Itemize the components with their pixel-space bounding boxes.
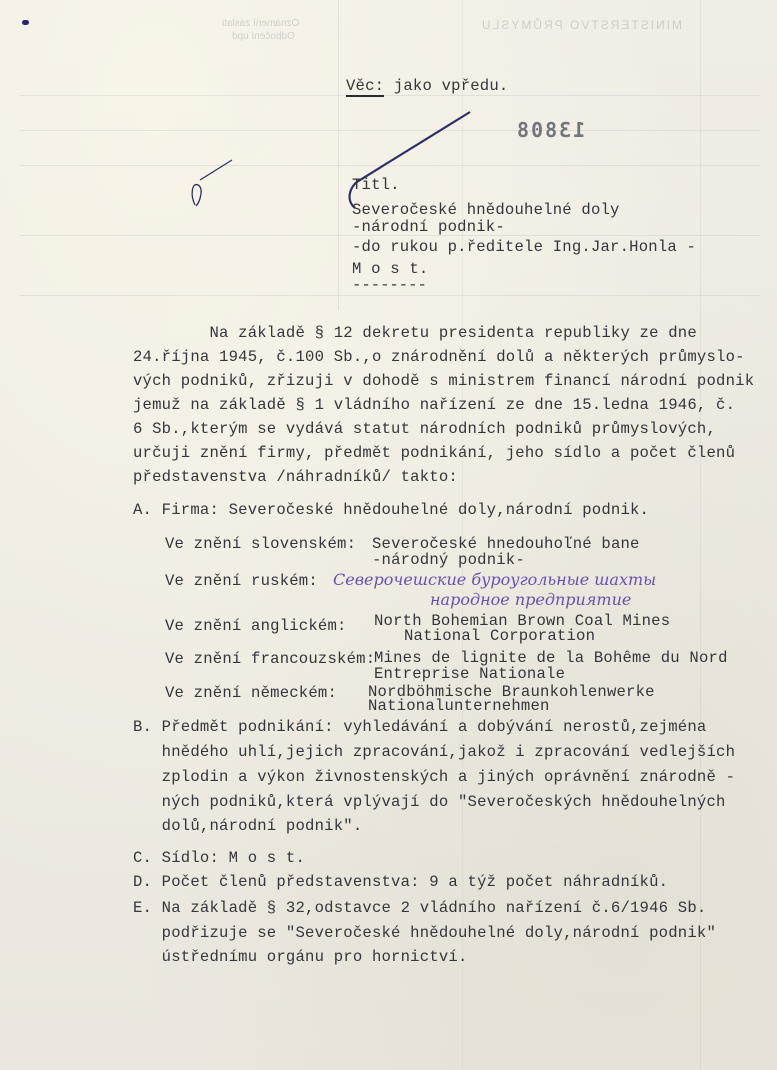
section-d-board-members: D. Počet členů představenstva: 9 a týž p… <box>133 875 668 891</box>
section-e-line: podřizuje se "Severočeské hnědouhelné do… <box>133 926 716 942</box>
bleed-rule <box>20 295 760 296</box>
salutation: Titl. <box>352 178 400 194</box>
section-c-seat: C. Sídlo: M o s t. <box>133 851 305 867</box>
section-e-line: ústřednímu orgánu pro hornictví. <box>133 950 468 966</box>
translation-label-russian: Ve znění ruském: <box>165 574 318 590</box>
intro-line: určuji znění firmy, předmět podnikání, j… <box>133 446 735 462</box>
intro-line: vých podniků, zřizuji v dohodě s ministr… <box>133 374 754 390</box>
section-a-firm: A. Firma: Severočeské hnědouhelné doly,n… <box>133 503 649 519</box>
registry-stamp: 13808 <box>515 118 585 142</box>
section-b-line: ných podniků,která vplývají do "Severoče… <box>133 795 726 811</box>
translation-russian-line-1: Северочешские буроугольные шахты <box>333 570 656 589</box>
addressee-line-2: -národní podnik- <box>352 220 505 236</box>
translation-label-german: Ve znění německém: <box>165 686 337 702</box>
intro-line: 6 Sb.,kterým se vydává statut národních … <box>133 422 716 438</box>
translation-russian-line-2: народное предприятие <box>430 590 631 609</box>
subject-line: Věc: jako vpředu. <box>346 79 509 95</box>
translation-french-line-2: Entreprise Nationale <box>374 667 565 683</box>
intro-line: Na základě § 12 dekretu presidenta repub… <box>133 326 697 342</box>
ink-spot <box>22 20 29 25</box>
intro-line: 24.října 1945, č.100 Sb.,o znárodnění do… <box>133 350 745 366</box>
section-b-line: B. Předmět podnikání: vyhledávání a dobý… <box>133 720 706 736</box>
subject-label: Věc: <box>346 77 384 97</box>
bleed-through-header: MINISTERSTVO PRŮMYSLU <box>480 18 682 32</box>
bleed-through-text: Odbočení upd <box>232 31 295 42</box>
translation-label-slovak: Ve znění slovenském: <box>165 537 356 553</box>
intro-line: jemuž na základě § 1 vládního nařízení z… <box>133 398 735 414</box>
addressee-city-rule: -------- <box>352 278 427 294</box>
bleed-rule <box>20 95 760 96</box>
translation-english-line-2: National Corporation <box>404 629 595 645</box>
intro-line: představenstva /náhradníků/ takto: <box>133 470 458 486</box>
translation-slovak-line-2: -národný podnik- <box>372 553 525 569</box>
translation-label-english: Ve znění anglickém: <box>165 619 347 635</box>
subject-value: jako vpředu. <box>384 77 508 95</box>
translation-label-french: Ve znění francouzském: <box>165 652 375 668</box>
bleed-through-text: Oznámení zaslati <box>222 18 299 29</box>
section-b-line: zplodin a výkon živnostenských a jiných … <box>133 770 735 786</box>
translation-german-line-2: Nationalunternehmen <box>368 699 550 715</box>
addressee-line-1: Severočeské hnědouhelné doly <box>352 203 620 219</box>
section-b-line: dolů,národní podnik". <box>133 819 362 835</box>
section-e-line: E. Na základě § 32,odstavce 2 vládního n… <box>133 901 706 917</box>
section-b-line: hnědého uhlí,jejich zpracování,jakož i z… <box>133 745 735 761</box>
addressee-line-3: -do rukou p.ředitele Ing.Jar.Honla - <box>352 240 696 256</box>
